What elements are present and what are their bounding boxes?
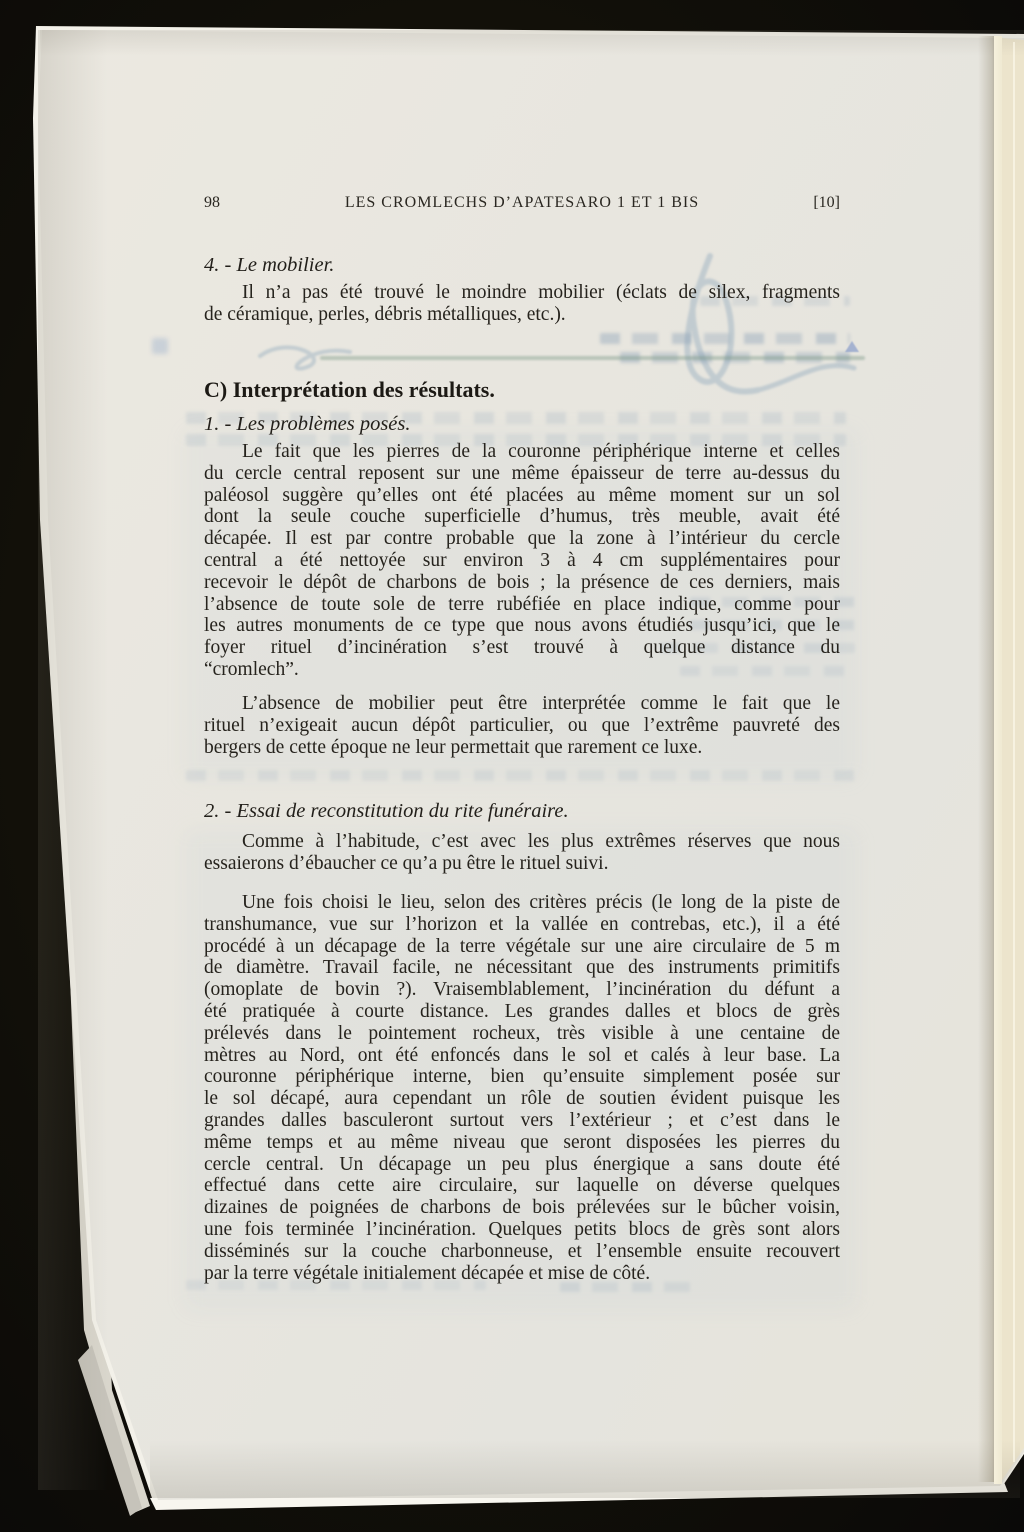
text-line: le sol décapé, aura cependant un rôle de… [204, 1088, 840, 1110]
text-line: bergers de cette époque ne leur permetta… [204, 737, 840, 759]
page-number: 98 [204, 194, 294, 212]
running-title: LES CROMLECHS D’APATESARO 1 ET 1 BIS [294, 194, 750, 212]
text-line: de diamètre. Travail facile, ne nécessit… [204, 957, 840, 979]
text-line: dont la seule couche superficielle d’hum… [204, 506, 840, 528]
text-bleedthrough [600, 333, 850, 344]
underline-bleedthrough [320, 356, 865, 360]
text-line: les autres monuments de ce type que nous… [204, 615, 840, 637]
text-line: L’absence de mobilier peut être interpré… [204, 693, 840, 715]
running-header: 98 LES CROMLECHS D’APATESARO 1 ET 1 BIS … [204, 194, 840, 212]
subsection-heading-rite-funeraire: 2. - Essai de reconstitution du rite fun… [204, 800, 840, 823]
text-line: décapée. Il est par contre probable que … [204, 528, 840, 550]
paragraph-rite-2: Une fois choisi le lieu, selon des critè… [204, 892, 840, 1284]
text-line: central a été nettoyée sur environ 3 à 4… [204, 550, 840, 572]
handwriting-bleedthrough-small [250, 328, 380, 373]
ink-smudge [152, 338, 168, 354]
text-line: de céramique, perles, débris métalliques… [204, 304, 840, 326]
text-line: foyer rituel d’incinération s’est trouvé… [204, 637, 840, 659]
text-line: grandes dalles basculeront surtout vers … [204, 1110, 840, 1132]
text-line: rituel n’exigeait aucun dépôt particulie… [204, 715, 840, 737]
paragraph-problemes-1: Le fait que les pierres de la couronne p… [204, 441, 840, 681]
text-line: essaierons d’ébaucher ce qu’a pu être le… [204, 853, 840, 875]
text-line: “cromlech”. [204, 659, 840, 681]
text-line: une fois terminée l’incinération. Quelqu… [204, 1219, 840, 1241]
text-line: été pratiquée à courte distance. Les gra… [204, 1001, 840, 1023]
scanned-book-photo: { "page": { "header": { "page_number": "… [0, 0, 1024, 1532]
text-bleedthrough [186, 770, 856, 781]
text-line: mètres au Nord, ont été enfoncés dans le… [204, 1045, 840, 1067]
paragraph-mobilier: Il n’a pas été trouvé le moindre mobilie… [204, 282, 840, 326]
text-line: couronne périphérique interne, bien qu’e… [204, 1066, 840, 1088]
text-line: cercle central. Un décapage un peu plus … [204, 1154, 840, 1176]
pagination-reference: [10] [750, 194, 840, 212]
paragraph-rite-1: Comme à l’habitude, c’est avec les plus … [204, 831, 840, 875]
text-line: Une fois choisi le lieu, selon des critè… [204, 892, 840, 914]
text-line: paléosol suggère qu’elles ont été placée… [204, 485, 840, 507]
text-line: par la terre végétale initialement décap… [204, 1263, 840, 1285]
text-line: Le fait que les pierres de la couronne p… [204, 441, 840, 463]
text-line: procédé à un décapage de la terre végéta… [204, 936, 840, 958]
blue-mark-bleedthrough [845, 341, 859, 352]
text-line: l’absence de toute sole de terre rubéfié… [204, 594, 840, 616]
text-line: recevoir le dépôt de charbons de bois ; … [204, 572, 840, 594]
text-line: disséminés sur la couche charbonneuse, e… [204, 1241, 840, 1263]
text-line: Il n’a pas été trouvé le moindre mobilie… [204, 282, 840, 304]
subsection-heading-problemes: 1. - Les problèmes posés. [204, 413, 840, 436]
text-line: dizaines de poignées de charbons de bois… [204, 1197, 840, 1219]
text-line: (omoplate de bovin ?). Vraisemblablement… [204, 979, 840, 1001]
text-line: effectué dans cette aire circulaire, sur… [204, 1175, 840, 1197]
paragraph-problemes-2: L’absence de mobilier peut être interpré… [204, 693, 840, 758]
text-line: prélevés dans le pointement rocheux, trè… [204, 1023, 840, 1045]
text-line: même temps et au même niveau que seront … [204, 1132, 840, 1154]
text-line: du cercle central reposent sur une même … [204, 463, 840, 485]
section-heading-mobilier: 4. - Le mobilier. [204, 254, 840, 277]
text-line: Comme à l’habitude, c’est avec les plus … [204, 831, 840, 853]
section-heading-interpretation: C) Interprétation des résultats. [204, 377, 840, 403]
text-line: transhumance, vue sur l’horizon et la va… [204, 914, 840, 936]
